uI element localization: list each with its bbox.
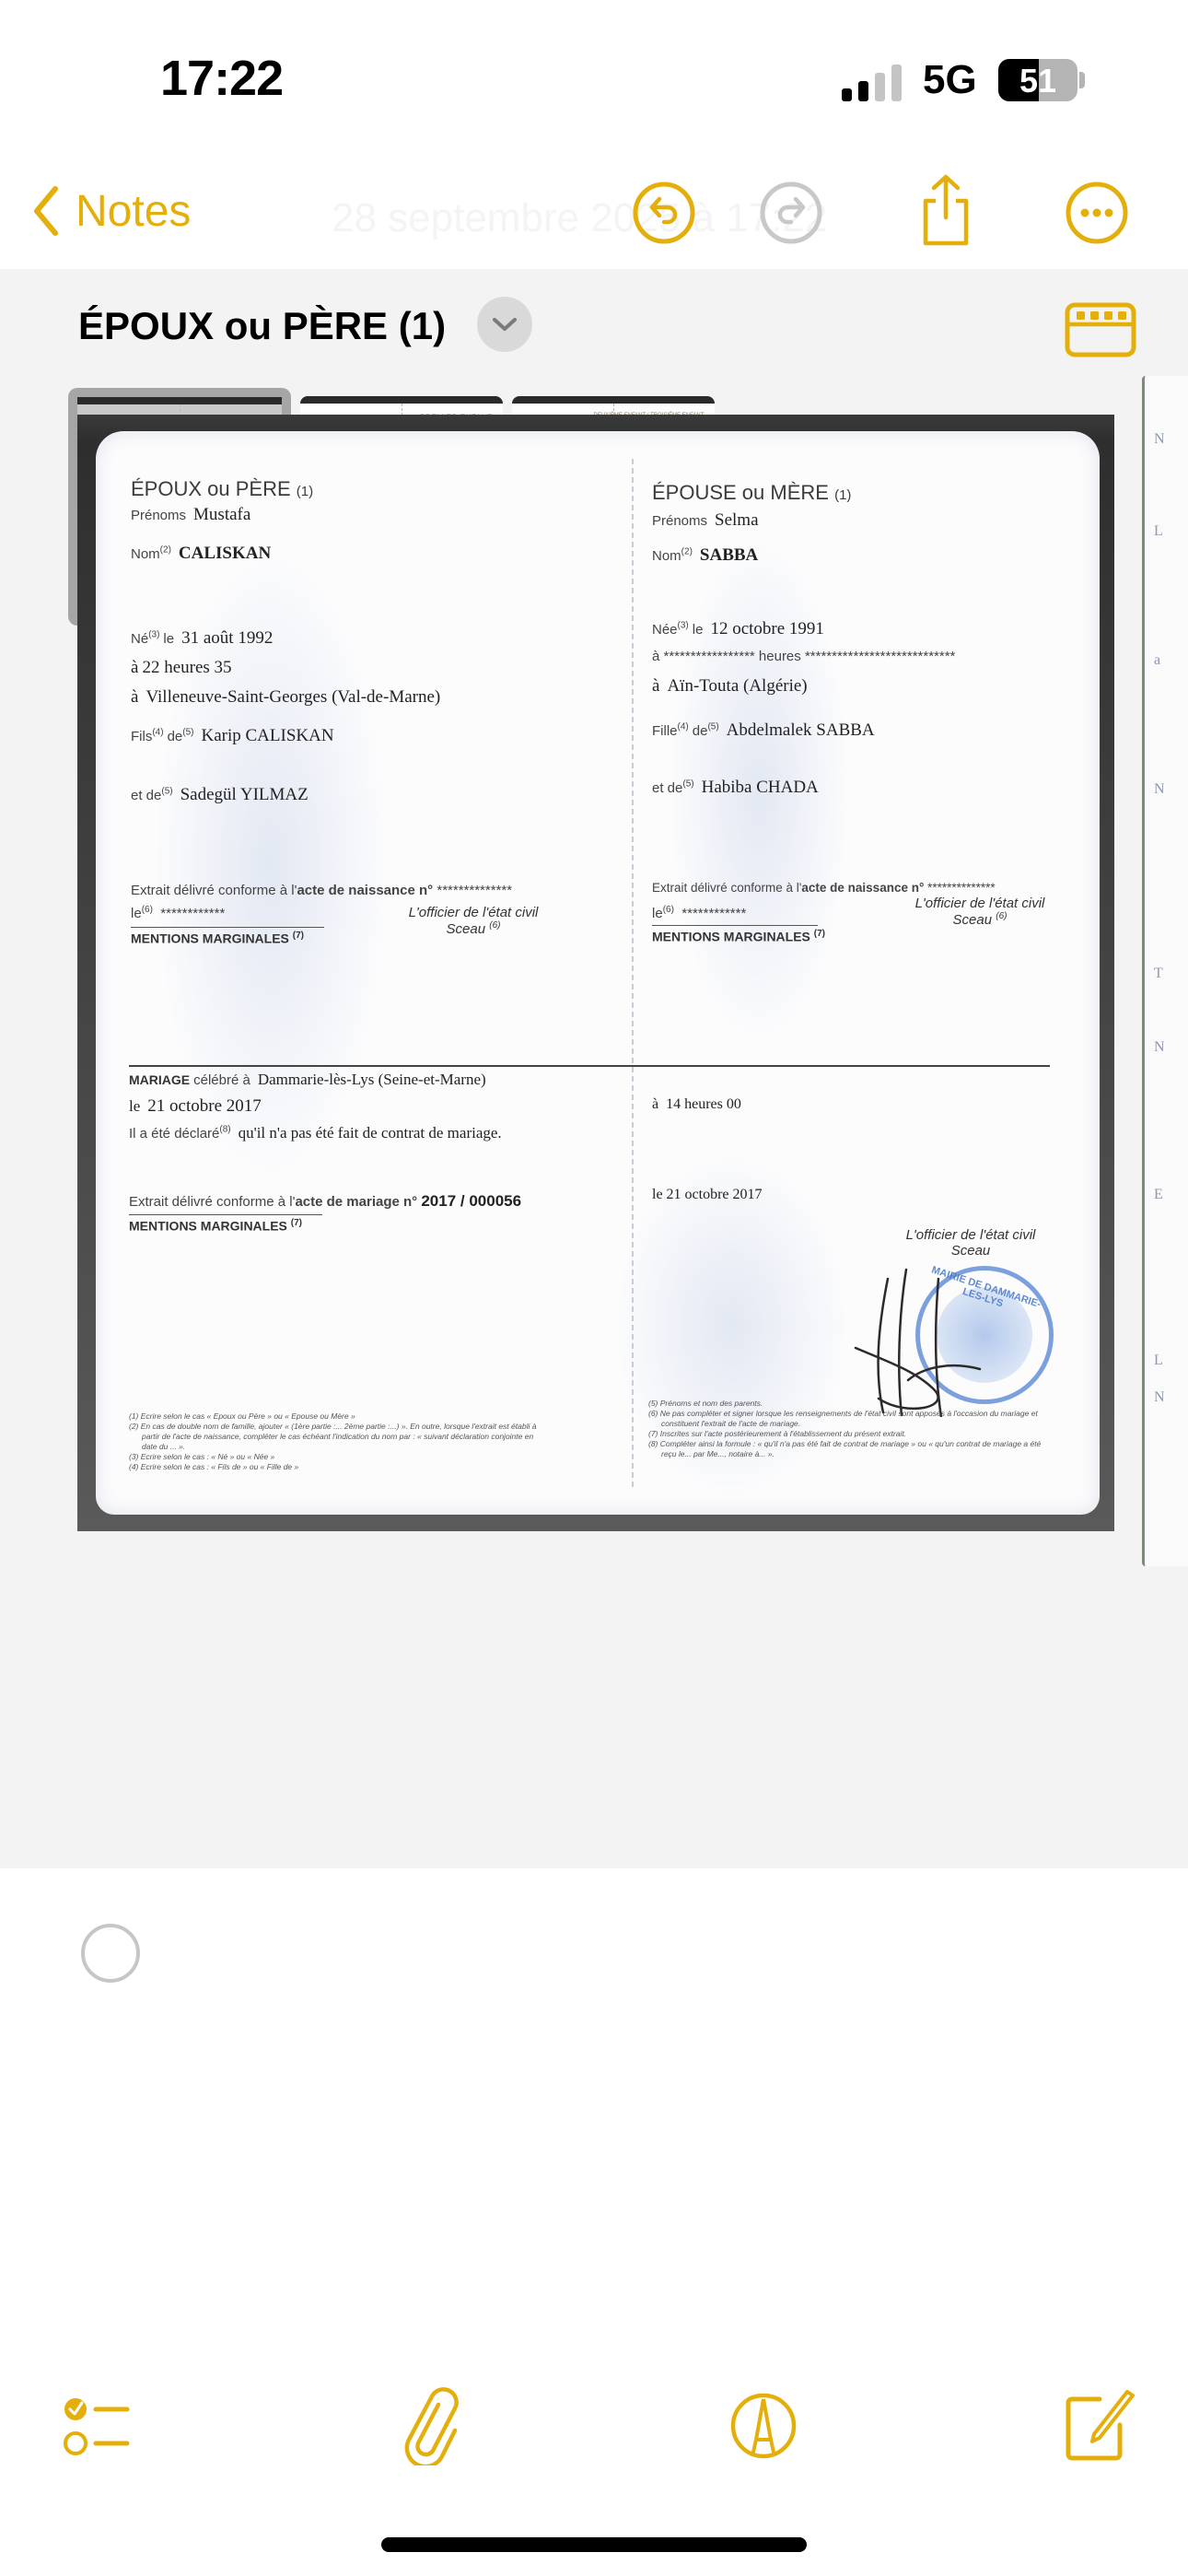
spouse-2-heading: ÉPOUSE ou MÈRE bbox=[652, 481, 829, 504]
redo-icon bbox=[759, 181, 823, 245]
back-label: Notes bbox=[76, 186, 191, 237]
home-indicator[interactable] bbox=[381, 2537, 807, 2552]
checklist-button[interactable] bbox=[57, 2386, 136, 2465]
chevron-left-icon bbox=[31, 185, 59, 237]
footnotes-left: (1) Ecrire selon le cas « Epoux ou Père … bbox=[129, 1411, 608, 1472]
more-button[interactable] bbox=[1065, 181, 1129, 245]
spouse-2-mother: Habiba CHADA bbox=[702, 778, 819, 797]
spouse-1-birth-date: 31 août 1992 bbox=[181, 628, 273, 648]
share-button[interactable] bbox=[914, 173, 978, 247]
checklist-checkbox[interactable] bbox=[81, 1924, 140, 1983]
status-time: 17:22 bbox=[160, 50, 283, 107]
marriage-time: 14 heures 00 bbox=[666, 1096, 741, 1112]
attachment-icon bbox=[390, 2386, 470, 2465]
signal-icon bbox=[842, 64, 906, 101]
spouse-1-last-name: CALISKAN bbox=[179, 544, 271, 563]
spouse-2-last-name: SABBA bbox=[700, 545, 758, 565]
spouse-1-birth-place: Villeneuve-Saint-Georges (Val-de-Marne) bbox=[146, 687, 440, 707]
checklist-icon bbox=[57, 2386, 136, 2465]
spouse-1-birth-time: 22 heures 35 bbox=[142, 658, 231, 677]
nav-bar: 28 septembre 2025 à 17:22 Notes bbox=[0, 157, 1188, 269]
undo-icon bbox=[632, 181, 696, 245]
document-page: ÉPOUX ou PÈRE (1) Prénoms Mustafa Nom(2)… bbox=[96, 431, 1100, 1515]
note-date-title: 28 septembre 2025 à 17:22 bbox=[332, 195, 827, 241]
compose-icon bbox=[1059, 2386, 1138, 2465]
battery-percent: 51 bbox=[998, 62, 1077, 100]
compose-button[interactable] bbox=[1059, 2386, 1138, 2465]
spouse-2-birth-date: 12 octobre 1991 bbox=[710, 619, 823, 638]
fold-line bbox=[632, 459, 634, 1487]
marriage-contract-statement: qu'il n'a pas été fait de contrat de mar… bbox=[239, 1124, 502, 1142]
footnotes-right: (5) Prénoms et nom des parents. (6) Ne p… bbox=[648, 1399, 1090, 1459]
title-dropdown-button[interactable] bbox=[477, 297, 532, 352]
share-icon bbox=[914, 173, 978, 247]
spouse-2-first-name: Selma bbox=[715, 510, 759, 530]
spouse-1-father: Karip CALISKAN bbox=[201, 726, 333, 745]
document-scan[interactable]: ÉPOUX ou PÈRE (1) Prénoms Mustafa Nom(2)… bbox=[77, 415, 1114, 1531]
spouse-2-birth-time: à ***************** heures *************… bbox=[652, 649, 955, 664]
battery-cap bbox=[1079, 72, 1085, 88]
markup-icon bbox=[724, 2386, 803, 2465]
gallery-title[interactable]: ÉPOUX ou PÈRE (1) bbox=[78, 304, 446, 348]
more-icon bbox=[1065, 181, 1129, 245]
back-button[interactable]: Notes bbox=[31, 179, 191, 243]
grid-view-icon[interactable] bbox=[1065, 302, 1136, 357]
marriage-place: Dammarie-lès-Lys (Seine-et-Marne) bbox=[258, 1071, 486, 1088]
redo-button[interactable] bbox=[759, 181, 823, 245]
chevron-down-icon bbox=[491, 315, 518, 334]
marriage-date: 21 octobre 2017 bbox=[147, 1096, 261, 1116]
signature bbox=[851, 1260, 989, 1417]
spouse-1-mother: Sadegül YILMAZ bbox=[181, 785, 309, 804]
attachment-button[interactable] bbox=[390, 2386, 470, 2465]
issued-date: le 21 octobre 2017 bbox=[652, 1187, 763, 1203]
undo-button[interactable] bbox=[632, 181, 696, 245]
markup-button[interactable] bbox=[724, 2386, 803, 2465]
spouse-1-heading: ÉPOUX ou PÈRE bbox=[131, 477, 291, 500]
marriage-act-number: 2017 / 000056 bbox=[421, 1192, 521, 1210]
spouse-2-birth-place: Aïn-Touta (Algérie) bbox=[667, 676, 807, 696]
spouse-1-first-name: Mustafa bbox=[193, 505, 250, 524]
status-bar: 17:22 5G 51 bbox=[0, 0, 1188, 157]
network-type: 5G bbox=[923, 57, 977, 103]
spouse-2-father: Abdelmalek SABBA bbox=[727, 720, 875, 740]
battery-icon: 51 bbox=[998, 59, 1077, 101]
next-scan-peek[interactable]: NLaN TNELN bbox=[1142, 376, 1188, 1566]
